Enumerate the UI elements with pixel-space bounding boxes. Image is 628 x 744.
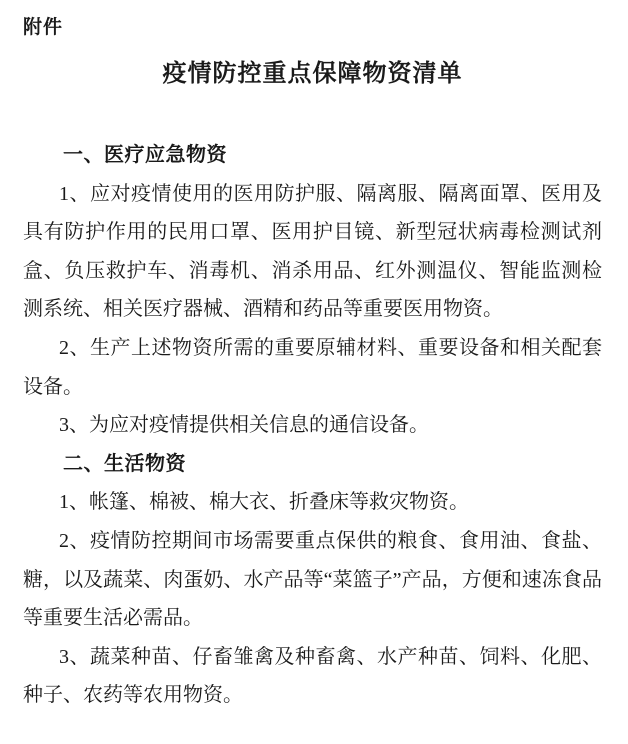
- document-page: 附件 疫情防控重点保障物资清单 一、医疗应急物资 1、应对疫情使用的医用防护服、…: [0, 0, 628, 744]
- paragraph: 3、为应对疫情提供相关信息的通信设备。: [23, 406, 602, 445]
- section-heading: 二、生活物资: [23, 445, 602, 484]
- section-living-supplies: 二、生活物资 1、帐篷、棉被、棉大衣、折叠床等救灾物资。 2、疫情防控期间市场需…: [23, 445, 602, 715]
- document-body: 一、医疗应急物资 1、应对疫情使用的医用防护服、隔离服、隔离面罩、医用及具有防护…: [23, 136, 602, 715]
- section-heading: 一、医疗应急物资: [23, 136, 602, 175]
- page-title: 疫情防控重点保障物资清单: [23, 56, 602, 92]
- paragraph: 1、帐篷、棉被、棉大衣、折叠床等救灾物资。: [23, 483, 602, 522]
- attachment-label: 附件: [23, 14, 602, 42]
- paragraph: 3、蔬菜种苗、仔畜雏禽及种畜禽、水产种苗、饲料、化肥、种子、农药等农用物资。: [23, 638, 602, 715]
- paragraph: 2、生产上述物资所需的重要原辅材料、重要设备和相关配套设备。: [23, 329, 602, 406]
- paragraph: 1、应对疫情使用的医用防护服、隔离服、隔离面罩、医用及具有防护作用的民用口罩、医…: [23, 175, 602, 329]
- section-medical-emergency-supplies: 一、医疗应急物资 1、应对疫情使用的医用防护服、隔离服、隔离面罩、医用及具有防护…: [23, 136, 602, 445]
- paragraph: 2、疫情防控期间市场需要重点保供的粮食、食用油、食盐、糖，以及蔬菜、肉蛋奶、水产…: [23, 522, 602, 638]
